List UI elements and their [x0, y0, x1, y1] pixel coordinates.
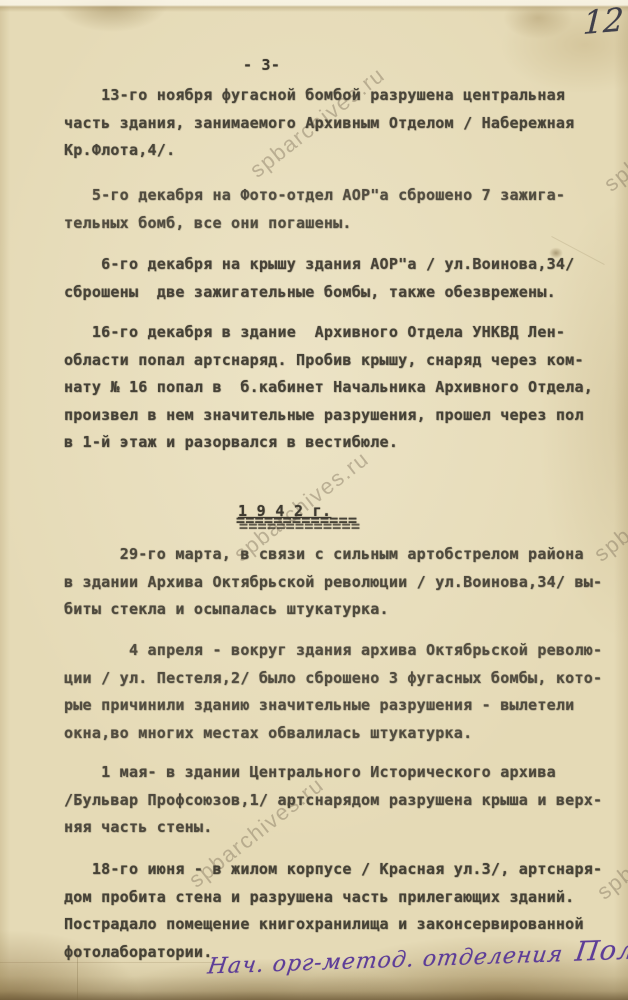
signature-role-text: Нач. орг-метод. отделения	[206, 942, 565, 980]
paragraph-1941-dec-5: 5-го декабря на Фото-отдел АОР"а сброшен…	[64, 182, 620, 237]
handwritten-page-number: 12	[582, 0, 628, 42]
paragraph-1941-dec-16: 16-го декабря в здание Архивного Отдела …	[64, 319, 620, 457]
paper-crease	[0, 962, 212, 963]
paper-crease	[77, 948, 78, 1000]
paragraph-1942-mar-29: 29-го марта, в связи с сильным артобстре…	[64, 541, 620, 624]
paragraph-1942-apr-4: 4 апреля - вокруг здания архива Октябрьс…	[64, 637, 620, 747]
paragraph-1941-nov-13: 13-го ноября фугасной бомбой разрушена ц…	[64, 82, 620, 165]
heading-underline: =============	[239, 521, 360, 531]
signature-name: Полянская	[573, 931, 628, 968]
archival-document-page: spbarchives.ru spbarchives.ru spbarchive…	[0, 0, 628, 1000]
typed-page-number: - 3-	[243, 52, 323, 80]
paragraph-1941-dec-6: 6-го декабря на крышу здания АОР"а / ул.…	[64, 251, 620, 306]
paragraph-1942-may-1: 1 мая- в здании Центрального Историческо…	[64, 759, 620, 842]
